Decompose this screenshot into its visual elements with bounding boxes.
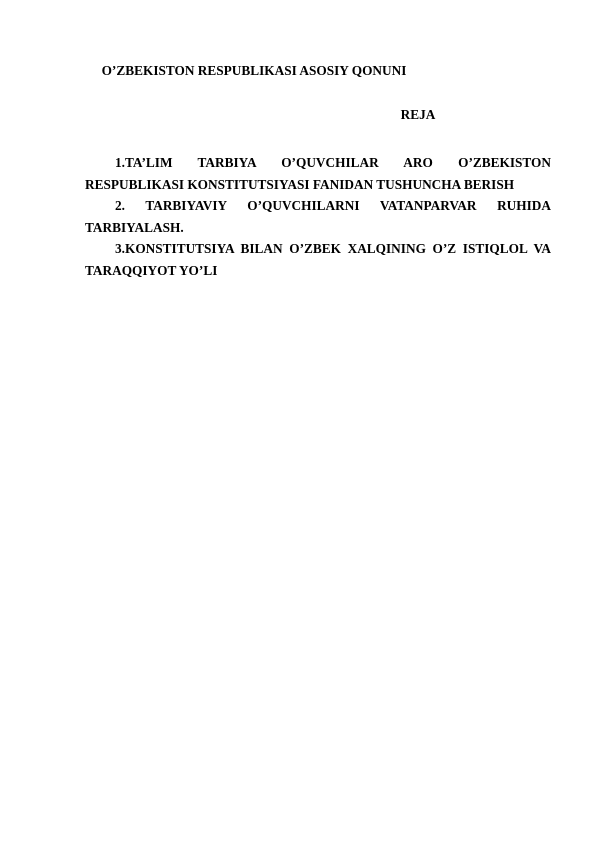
document-title: O’ZBEKISTON RESPUBLIKASI ASOSIY QONUNI xyxy=(80,63,584,79)
plan-heading-text: REJA xyxy=(401,107,436,123)
plan-item-3: 3.KONSTITUTSIYA BILAN O’ZBEK XALQINING O… xyxy=(85,238,551,281)
plan-heading: REJA xyxy=(85,107,581,123)
plan-item-1: 1.TA’LIM TARBIYA O’QUVCHILAR ARO O’ZBEKI… xyxy=(85,152,551,195)
plan-list: 1.TA’LIM TARBIYA O’QUVCHILAR ARO O’ZBEKI… xyxy=(85,152,551,281)
plan-item-2: 2. TARBIYAVIY O’QUVCHILARNI VATANPARVAR … xyxy=(85,195,551,238)
document-title-text: O’ZBEKISTON RESPUBLIKASI ASOSIY QONUNI xyxy=(102,63,407,79)
document-page: O’ZBEKISTON RESPUBLIKASI ASOSIY QONUNI R… xyxy=(0,0,596,842)
